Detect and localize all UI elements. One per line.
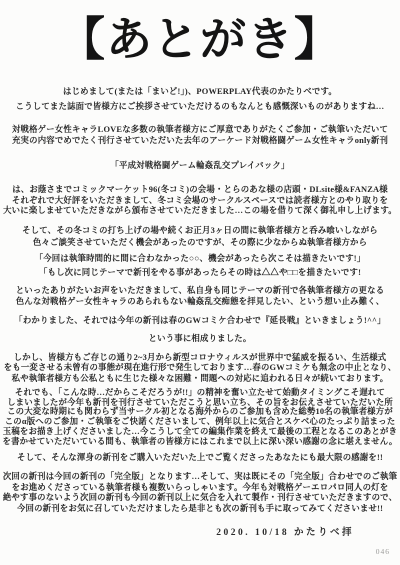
paragraph-quote-decision: 「わかりました、それでは今年の新刊は春のGWコミケ合わせで『延長戦』といきましょ… (0, 315, 400, 327)
text-line: そして、そんな渾身の新刊をご購入いただいた上でご覧くださったあなたにも最大限の感… (0, 452, 400, 464)
paragraph-motivation: といったありがたいお声をいただきまして、私自身も同じテーマの新刊で各執筆者様方の… (0, 285, 400, 307)
text-line: 「わかりました、それでは今年の新刊は春のGWコミケ合わせで『延長戦』といきましょ… (0, 315, 400, 327)
text-line: 対戦格ゲー女性キャラLOVEな多数の執筆者様方にご厚意でありがたくご参加・ご執筆… (0, 124, 400, 135)
text-line: 「もし次に同じテーマで新刊をやる事があったらその時は△△や□□を描きたいです! (0, 267, 400, 279)
paragraph-last-year-book: 対戦格ゲー女性キャラLOVEな多数の執筆者様方にご厚意でありがたくご参加・ご執筆… (0, 124, 400, 146)
paragraph-quote-2: 「もし次に同じテーマで新刊をやる事があったらその時は△△や□□を描きたいです! (0, 267, 400, 279)
text-line: それでも、「こんな時…だからこそだろうが!!」の精神を奮い立たせて始動タイミング… (0, 388, 400, 398)
text-line: 絶やす事のないよう次回の新刊も今回の新刊以上に気合を入れて製作・刊行させていただ… (0, 493, 400, 504)
paragraph-thanks-venues: は、お蔭さまでコミックマーケット96(冬コミ)の会場・とらのあな様の店頭・DLs… (0, 185, 400, 217)
text-line: このα版へのご参加・ご執筆をご快諾くださいまして、例年以上に気合とスケベ心のたっ… (0, 417, 400, 427)
text-line: をお進めくださっている執筆者様も複数いらっしゃいます。今年も対戦格ゲーエロパロ同… (0, 483, 400, 494)
text-line: この大変な時期にも関わらず当サークル初となる海外からのご参加も含めた総勢10名の… (0, 407, 400, 417)
paragraph-book-title: 「平成対戦格闘ゲーム輪姦乱交プレイバック」 (0, 158, 400, 173)
text-line: といったありがたいお声をいただきまして、私自身も同じテーマの新刊で各執筆者様方の… (0, 285, 400, 296)
text-line: は、お蔭さまでコミックマーケット96(冬コミ)の会場・とらのあな様の店頭・DLs… (0, 185, 400, 196)
text-line: しかし、皆様方もご存じの通り2~3月から新型コロナウィルスが世界中で猛威を振るい… (0, 353, 400, 364)
text-line: という事に相成りました。 (0, 333, 400, 345)
page-number: 046 (376, 547, 390, 556)
paragraph-covid: しかし、皆様方もご存じの通り2~3月から新型コロナウィルスが世界中で猛威を振るい… (0, 353, 400, 385)
text-line: 次回の新刊は今回の新刊の「完全版」となります…そして、実は既にその「完全版」合わ… (0, 472, 400, 483)
paragraph-greeting: はじめまして(または「まいど!」)、POWERPLAY代表のかたりべです。 こう… (0, 84, 400, 114)
text-line: 「平成対戦格闘ゲーム輪姦乱交プレイバック」 (0, 158, 400, 173)
text-line: 色んな対戦格ゲー女性キャラのあられもない輪姦乱交痴態を拝見したい、という想い止み… (0, 296, 400, 307)
text-line: をも一変させる未曾有の事態が現在進行形で発生しております…春のGWコミケも無念の… (0, 363, 400, 374)
paragraph-afterparty: そして、その冬コミの打ち上げの場や続くお正月3ヶ日の間に執筆者様方と呑み喰いしな… (0, 225, 400, 249)
paragraph-production: それでも、「こんな時…だからこそだろうが!!」の精神を奮い立たせて始動タイミング… (0, 388, 400, 446)
date-signature: 2020. 10/18 かたりべ拝 (0, 524, 400, 538)
text-line: 私や執筆者様方も公私ともに生じた様々な困難・問題への対応に追われる日々が続いてお… (0, 374, 400, 385)
paragraph-next-book: 次回の新刊は今回の新刊の「完全版」となります…そして、実は既にその「完全版」合わ… (0, 472, 400, 514)
text-line: 充実の内容でめでたく刊行させていただいた去年のアーケード対戦格闘ゲーム女性キャラ… (0, 135, 400, 146)
text-line: そして、その冬コミの打ち上げの場や続くお正月3ヶ日の間に執筆者様方と呑み喰いしな… (0, 225, 400, 237)
text-line: 玉稿をお描き上げくださいました…今こうして全ての編集作業を終えて最後の工程となる… (0, 427, 400, 437)
text-line: 「今回は執筆時間的に間に合わなかった○○、機会があったら次こそは描きたいです!」 (0, 253, 400, 265)
paragraph-quote-1: 「今回は執筆時間的に間に合わなかった○○、機会があったら次こそは描きたいです!」 (0, 253, 400, 265)
text-line: しまいましたが今年も新刊を刊行させていただこうと思い立ち、その旨をお伝えさせてい… (0, 398, 400, 408)
text-line: こうしてまた誌面で皆様方にご挨拶させていただけるのもなんとも感慨深いものがありま… (0, 99, 400, 114)
text-line: はじめまして(または「まいど!」)、POWERPLAY代表のかたりべです。 (0, 84, 400, 99)
page-title: 【あとがき】 (0, 10, 400, 68)
text-line: 色々ご談笑させていただく機会があったのですが、その際に少なからぬ執筆者様方から (0, 237, 400, 249)
text-line: 今回の新刊をお気に召していただけましたら是非とも次の新刊も手に取ってみてください… (0, 504, 400, 515)
afterword-page: 【あとがき】 はじめまして(または「まいど!」)、POWERPLAY代表のかたり… (0, 0, 400, 565)
paragraph-conclusion: という事に相成りました。 (0, 333, 400, 345)
text-line: 大いに楽しませていただきながら頒布させていただきました…この場を借りて深く御礼申… (0, 206, 400, 217)
paragraph-reader-thanks: そして、そんな渾身の新刊をご購入いただいた上でご覧くださったあなたにも最大限の感… (0, 452, 400, 464)
text-line: それぞれで大好評をいただきまして、冬コミ会場のサークルスペースでは読者様方とのや… (0, 196, 400, 207)
text-line: を書かせていただいている間も、執筆者の皆様方にはこれまで以上に深い深い感謝の念に… (0, 437, 400, 447)
